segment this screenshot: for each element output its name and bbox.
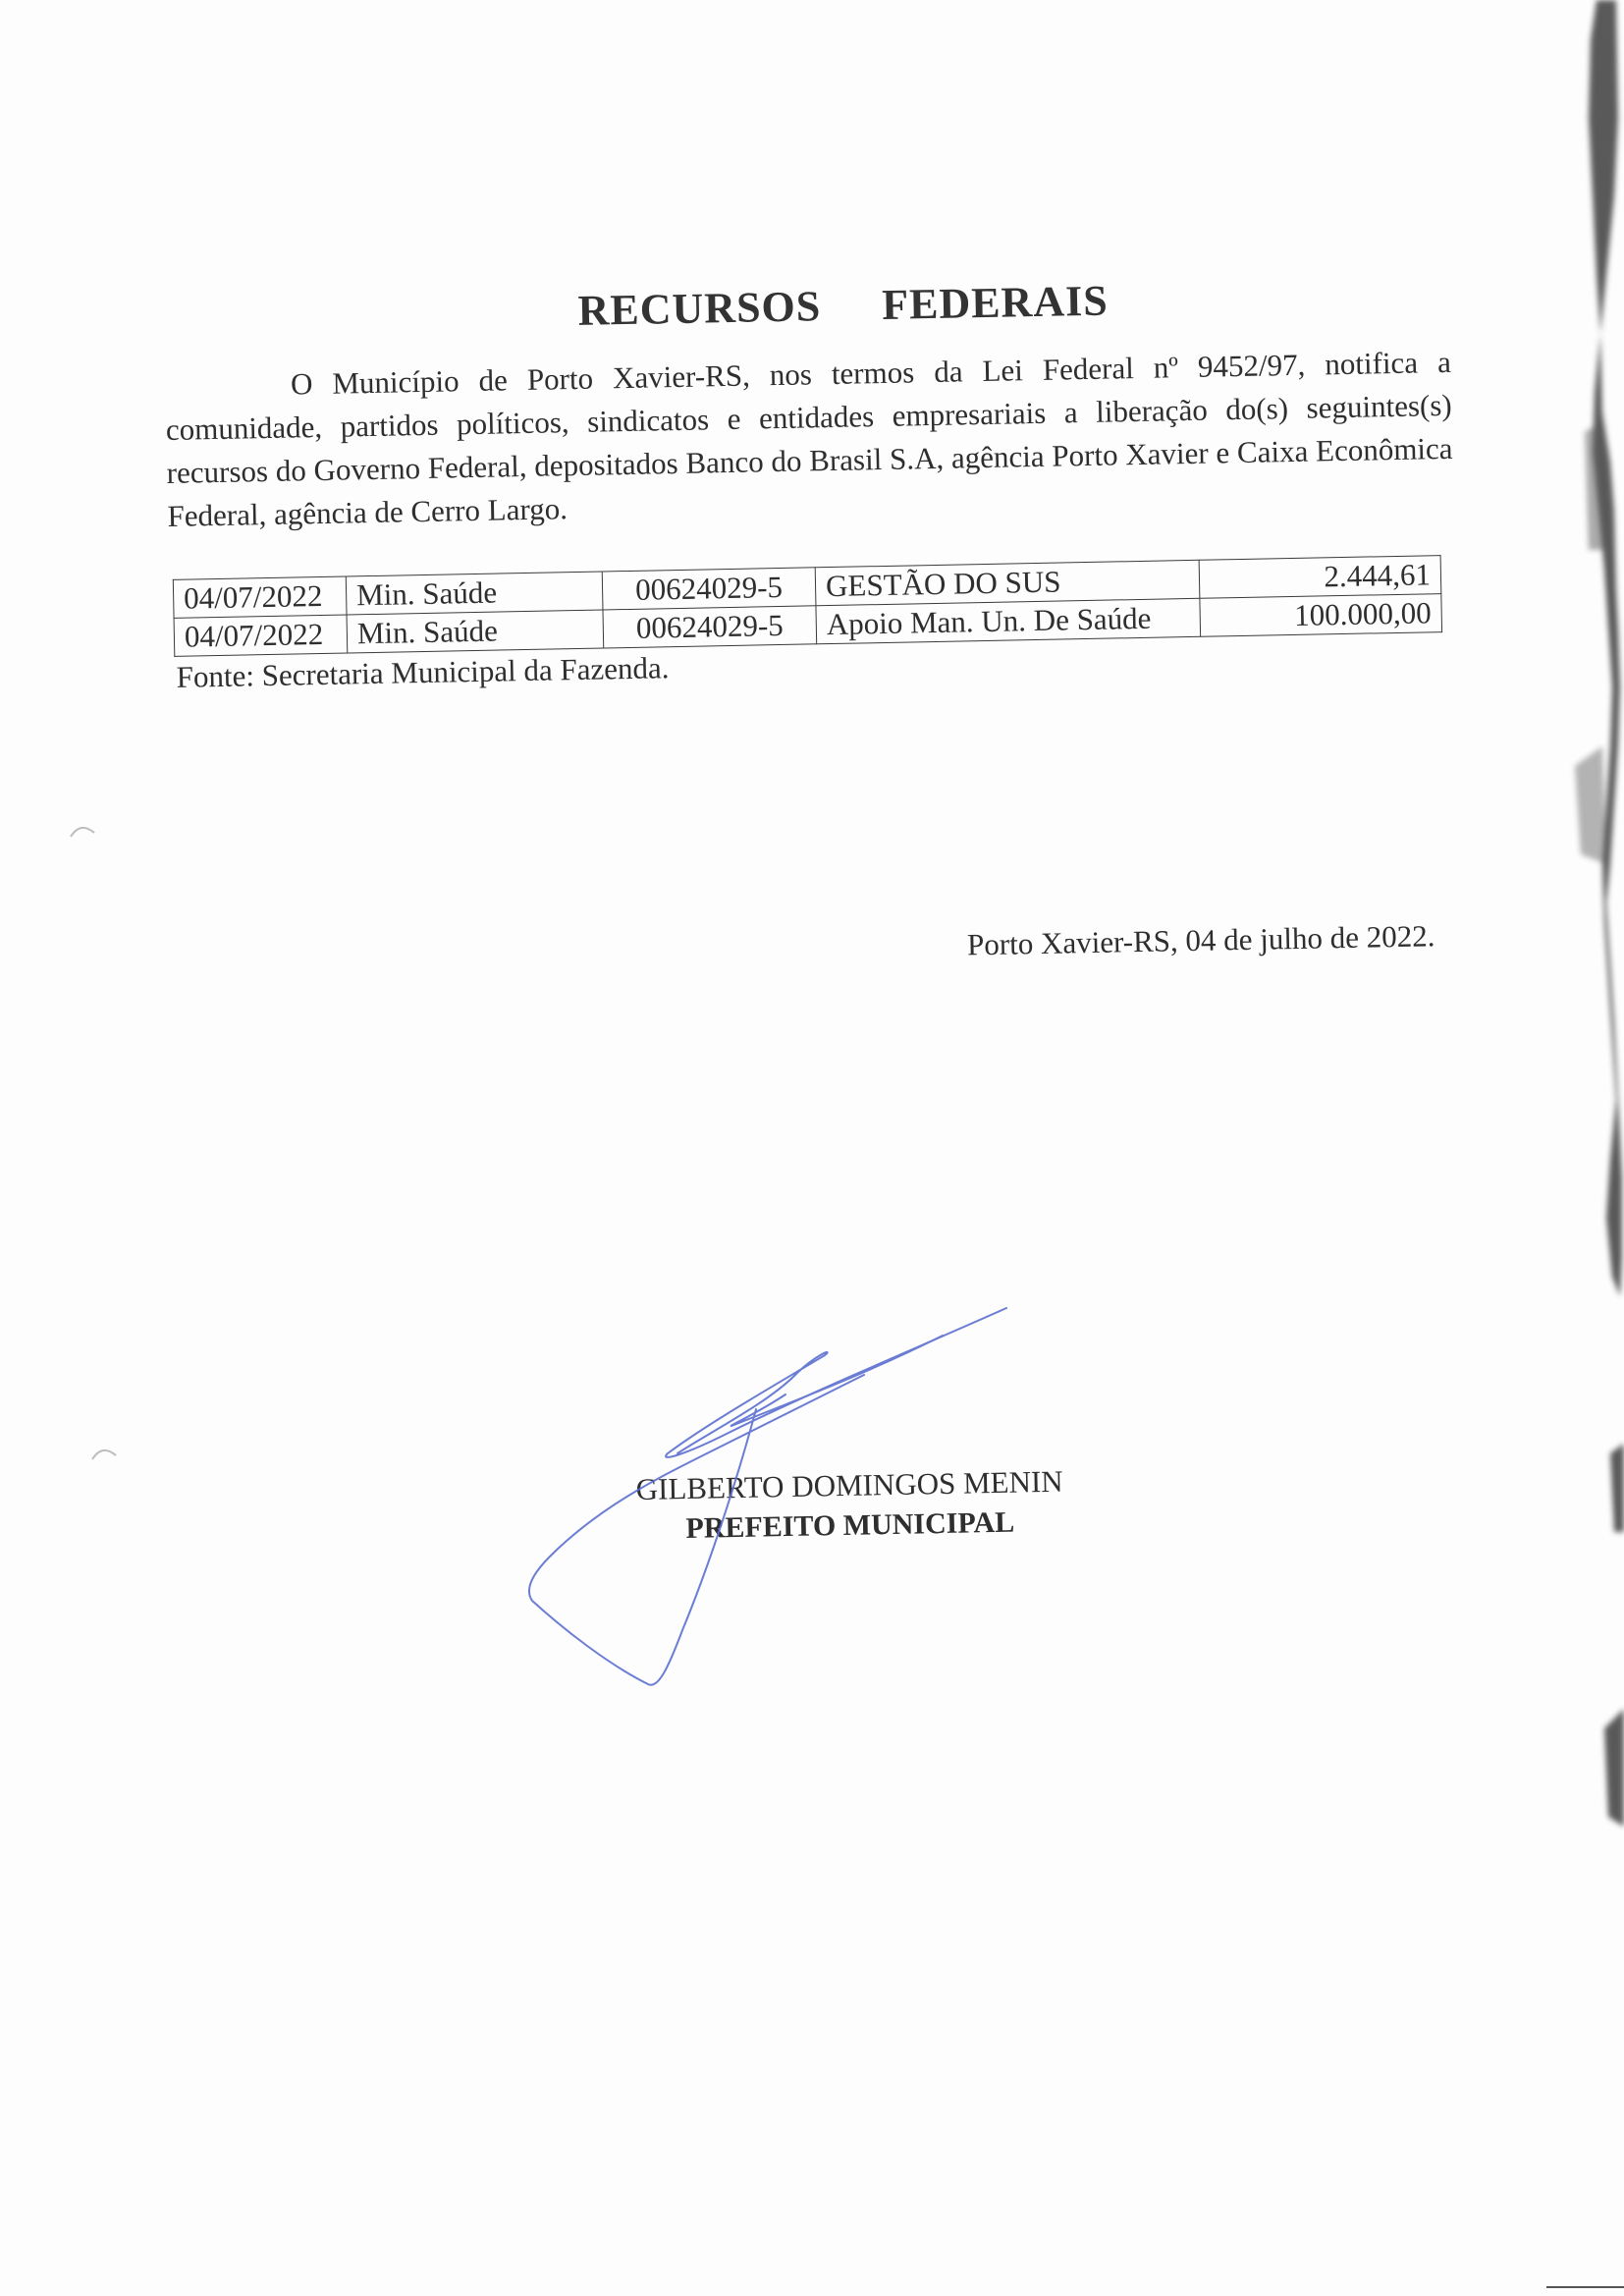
transfer-date: 04/07/2022	[174, 615, 348, 656]
transfer-account: 00624029-5	[603, 606, 817, 648]
scanned-page: RECURSOSFEDERAIS O Município de Porto Xa…	[0, 0, 1624, 2296]
title-word: FEDERAIS	[882, 277, 1109, 329]
transfer-organ: Min. Saúde	[347, 610, 604, 653]
transfer-account: 00624029-5	[602, 568, 816, 610]
place-and-date: Porto Xavier-RS, 04 de julho de 2022.	[967, 918, 1435, 962]
transfer-value: 2.444,61	[1199, 556, 1441, 599]
source-note: Fonte: Secretaria Municipal da Fazenda.	[176, 650, 669, 695]
scan-edge-line	[1546, 2286, 1624, 2288]
transfer-date: 04/07/2022	[173, 576, 347, 618]
title-word: RECURSOS	[577, 282, 822, 335]
transfer-organ: Min. Saúde	[346, 572, 603, 615]
document-body: RECURSOSFEDERAIS O Município de Porto Xa…	[0, 0, 1624, 2296]
transfers-table: 04/07/2022 Min. Saúde 00624029-5 GESTÃO …	[173, 555, 1442, 657]
signature-icon	[511, 1296, 1100, 1709]
transfer-value: 100.000,00	[1200, 594, 1442, 637]
notice-paragraph: O Município de Porto Xavier-RS, nos term…	[165, 341, 1454, 538]
transfer-description: Apoio Man. Un. De Saúde	[816, 598, 1201, 643]
